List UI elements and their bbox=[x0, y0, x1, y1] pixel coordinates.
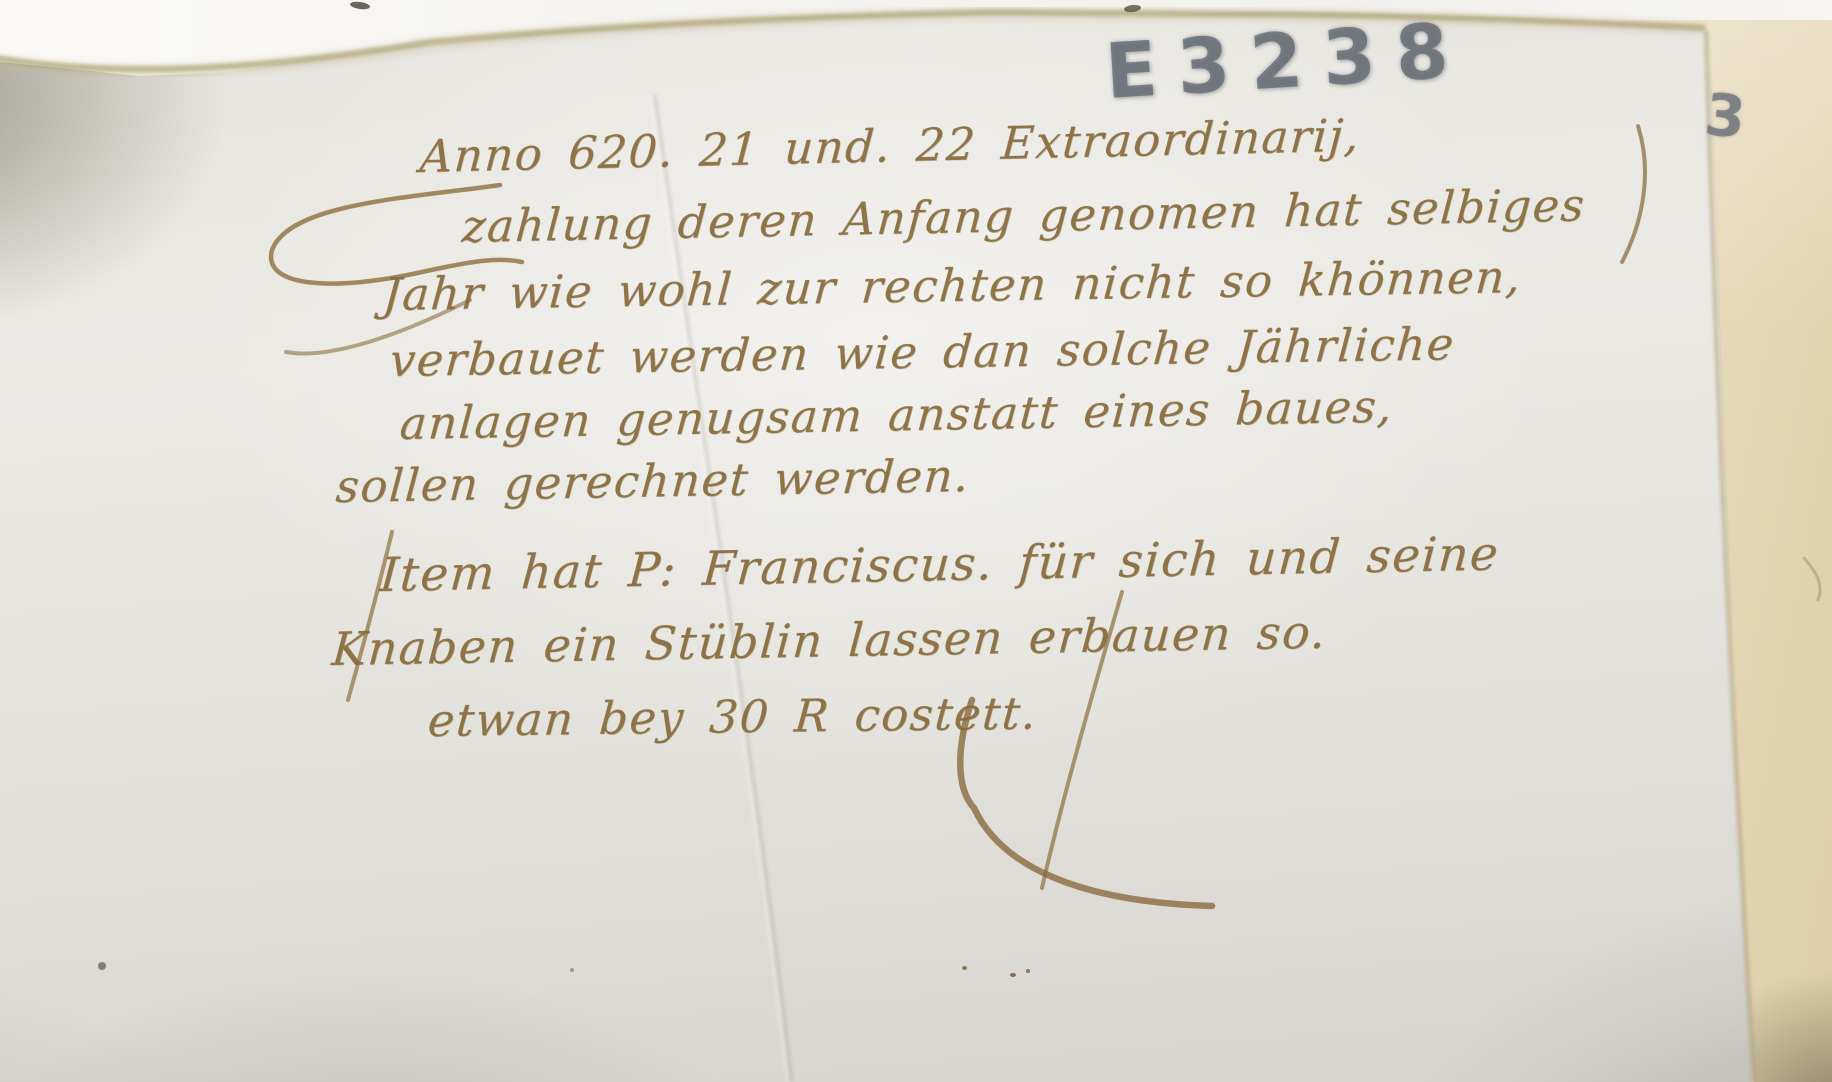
manuscript-line: sollen gerechnet werden. bbox=[334, 449, 972, 513]
manuscript-line: etwan bey 30 R costett. bbox=[426, 687, 1039, 747]
adjacent-page-number-pencil: 3 bbox=[1702, 80, 1749, 152]
paper-speck bbox=[1010, 973, 1016, 977]
paper-speck bbox=[1026, 969, 1030, 973]
paper-speck bbox=[962, 966, 967, 970]
paper-speck bbox=[570, 968, 574, 972]
manuscript-photo: Anno 620. 21 und. 22 Extraordinarij, zah… bbox=[0, 0, 1832, 1082]
paper-speck bbox=[98, 962, 106, 970]
